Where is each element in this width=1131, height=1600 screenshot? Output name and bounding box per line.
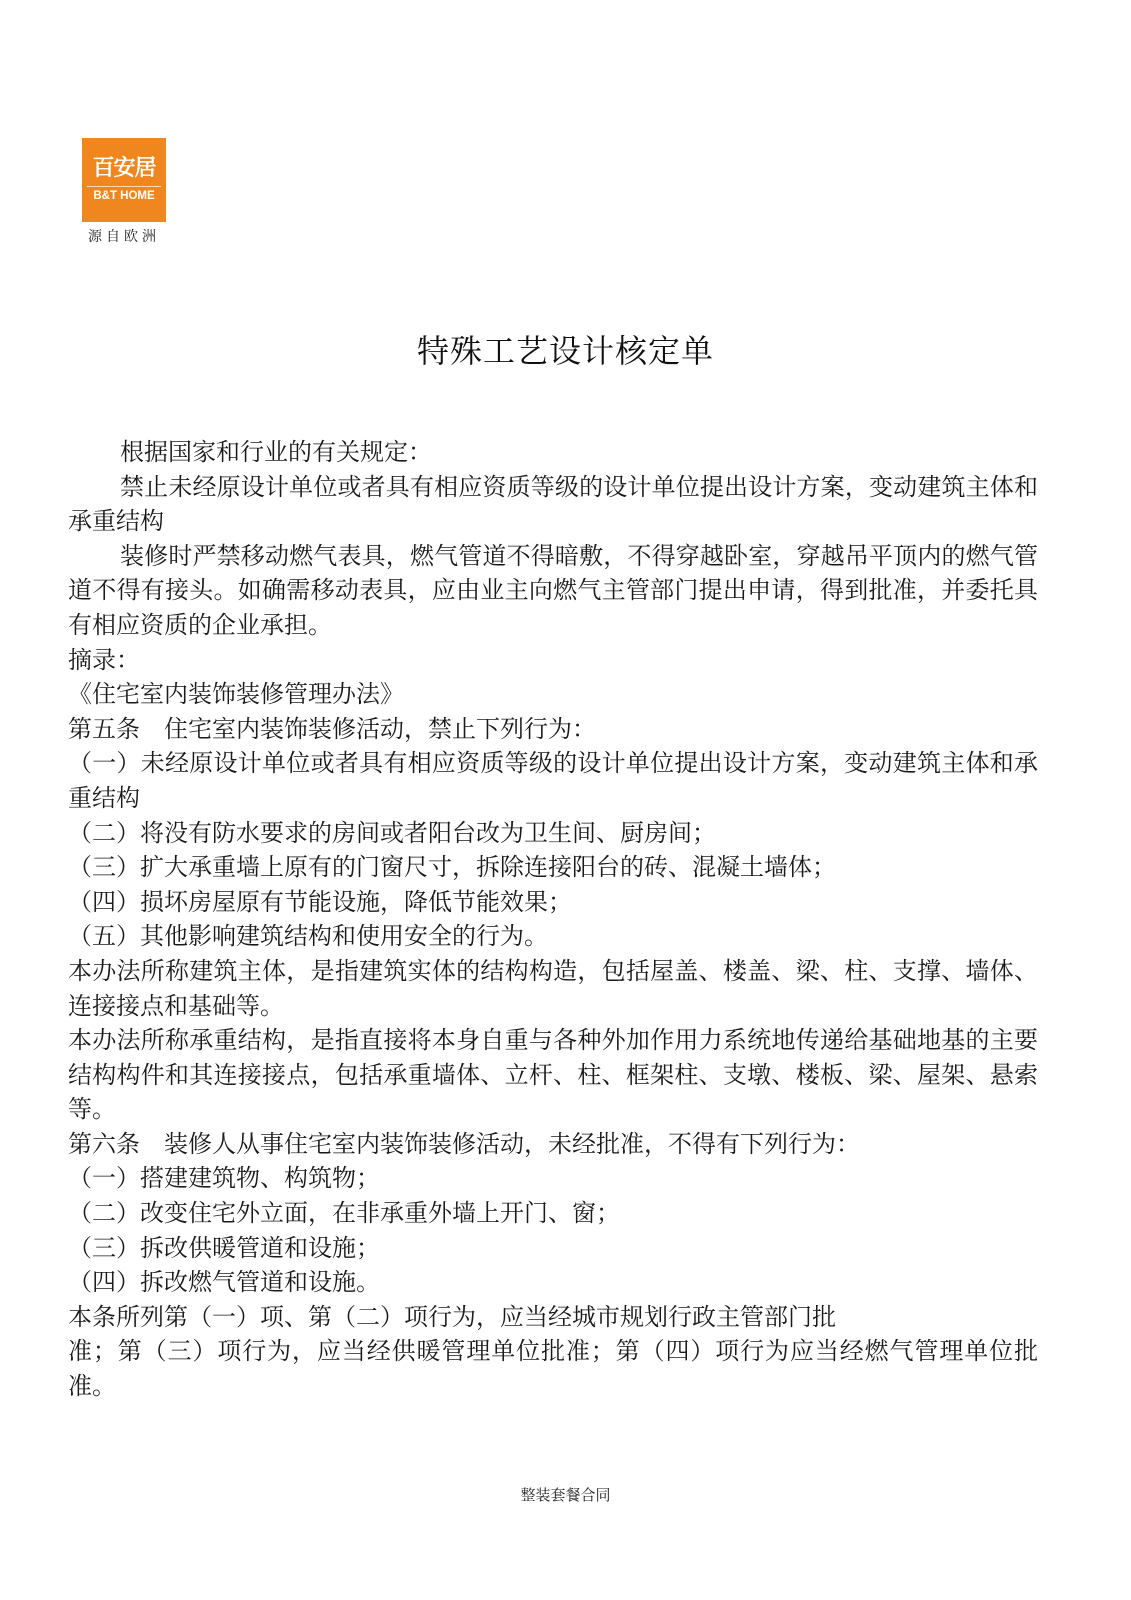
paragraph: 本办法所称承重结构，是指直接将本身自重与各种外加作用力系统地传递给基础地基的主要…: [68, 1023, 1038, 1127]
paragraph: （四）拆改燃气管道和设施。: [68, 1265, 1038, 1300]
paragraph: （二）将没有防水要求的房间或者阳台改为卫生间、厨房间；: [68, 816, 1038, 851]
paragraph: 第五条 住宅室内装饰装修活动，禁止下列行为：: [68, 712, 1038, 747]
paragraph: （五）其他影响建筑结构和使用安全的行为。: [68, 919, 1038, 954]
paragraph: （三）扩大承重墙上原有的门窗尺寸，拆除连接阳台的砖、混凝土墙体；: [68, 850, 1038, 885]
brand-logo: 百安居 B&T HOME 源自欧洲: [82, 138, 166, 246]
paragraph: 摘录：: [68, 643, 1038, 678]
paragraph: （一）未经原设计单位或者具有相应资质等级的设计单位提出设计方案，变动建筑主体和承…: [68, 746, 1038, 815]
paragraph: 准；第（三）项行为，应当经供暖管理单位批准；第（四）项行为应当经燃气管理单位批准…: [68, 1334, 1038, 1403]
paragraph: （一）搭建建筑物、构筑物；: [68, 1161, 1038, 1196]
paragraph: 《住宅室内装饰装修管理办法》: [68, 677, 1038, 712]
page-footer: 整装套餐合同: [0, 1484, 1131, 1505]
paragraph: 根据国家和行业的有关规定：: [68, 435, 1038, 470]
paragraph: （三）拆改供暖管道和设施；: [68, 1231, 1038, 1266]
document-body: 根据国家和行业的有关规定： 禁止未经原设计单位或者具有相应资质等级的设计单位提出…: [68, 435, 1038, 1404]
logo-brand-cn: 百安居: [92, 158, 155, 180]
paragraph: 第六条 装修人从事住宅室内装饰装修活动，未经批准，不得有下列行为：: [68, 1127, 1038, 1162]
paragraph: 本办法所称建筑主体，是指建筑实体的结构构造，包括屋盖、楼盖、梁、柱、支撑、墙体、…: [68, 954, 1038, 1023]
logo-brand-en: B&T HOME: [93, 191, 154, 203]
logo-badge: 百安居 B&T HOME: [82, 138, 166, 222]
document-title: 特殊工艺设计核定单: [0, 326, 1131, 372]
paragraph: 禁止未经原设计单位或者具有相应资质等级的设计单位提出设计方案，变动建筑主体和承重…: [68, 470, 1038, 539]
paragraph: （二）改变住宅外立面，在非承重外墙上开门、窗；: [68, 1196, 1038, 1231]
logo-divider: [87, 186, 161, 187]
paragraph: 本条所列第（一）项、第（二）项行为，应当经城市规划行政主管部门批: [68, 1300, 1038, 1335]
paragraph: （四）损坏房屋原有节能设施，降低节能效果；: [68, 885, 1038, 920]
paragraph: 装修时严禁移动燃气表具，燃气管道不得暗敷，不得穿越卧室，穿越吊平顶内的燃气管道不…: [68, 539, 1038, 643]
logo-tagline: 源自欧洲: [82, 226, 166, 246]
